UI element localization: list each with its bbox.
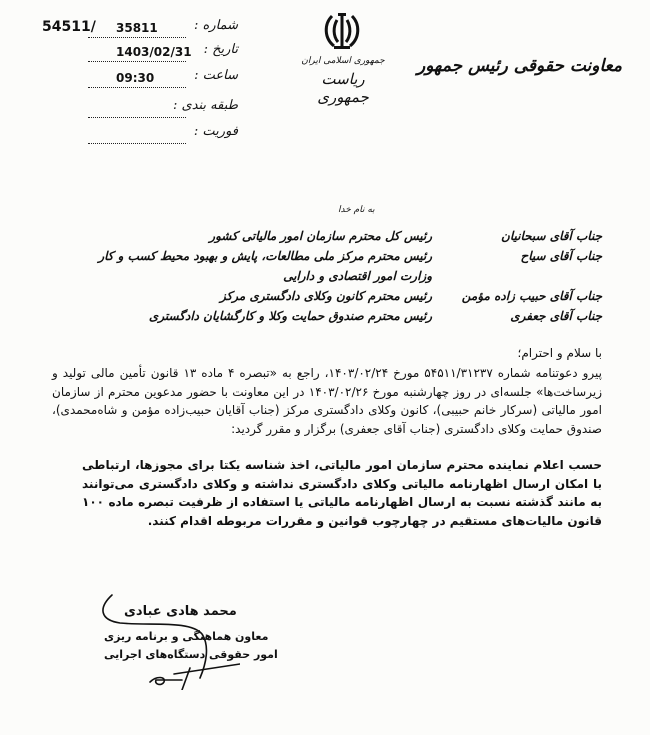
recipient-title: رئیس محترم کانون وکلای دادگستری مرکز — [220, 289, 472, 303]
meta-line — [88, 143, 186, 144]
organization-title: معاونت حقوقی رئیس جمهور — [417, 56, 622, 76]
meta-date: تاریخ : 1403/02/31 — [88, 42, 238, 64]
meta-label: تاریخ : — [204, 42, 238, 57]
meta-label: فوریت : — [194, 124, 238, 139]
recipient-row: وزارت امور اقتصادی و دارایی — [62, 266, 602, 286]
meta-label: شماره : — [194, 18, 238, 33]
recipient-name: جناب آقای جعفری — [472, 309, 602, 323]
meta-line — [88, 37, 186, 38]
recipient-title: رئیس کل محترم سازمان امور مالیاتی کشور — [209, 229, 472, 243]
recipient-name: جناب آقای حبیب زاده مؤمن — [472, 289, 602, 303]
recipient-row: جناب آقای جعفری رئیس محترم صندوق حمایت و… — [62, 306, 602, 326]
meta-value: 09:30 — [116, 71, 154, 85]
recipient-title: وزارت امور اقتصادی و دارایی — [283, 269, 472, 283]
meta-time: ساعت : 09:30 — [88, 68, 238, 90]
meta-value: 35811 — [116, 21, 158, 35]
meta-urgency: فوریت : — [88, 124, 238, 146]
greeting: با سلام و احترام؛ — [518, 346, 602, 360]
meta-number: شماره : 35811 — [88, 18, 238, 40]
recipients-list: جناب آقای سبحانیان رئیس کل محترم سازمان … — [62, 226, 602, 326]
meta-label: ساعت : — [194, 68, 238, 83]
recipient-row: جناب آقای حبیب زاده مؤمن رئیس محترم کانو… — [62, 286, 602, 306]
recipient-row: جناب آقای سیاح رئیس محترم مرکز ملی مطالع… — [62, 246, 602, 266]
recipient-title: رئیس محترم صندوق حمایت وکلا و کارگشایان … — [149, 309, 472, 323]
letter-page: 54511/ شماره : 35811 تاریخ : 1403/02/31 … — [0, 0, 650, 735]
meta-line — [88, 87, 186, 88]
emblem-caption-presidency: ریاست جمهوری — [296, 70, 390, 106]
meta-classification: طبقه بندی : — [88, 98, 238, 120]
meta-line — [88, 61, 186, 62]
recipient-row: جناب آقای سبحانیان رئیس کل محترم سازمان … — [62, 226, 602, 246]
meta-value: 1403/02/31 — [116, 45, 192, 59]
signer-title-line1: معاون هماهنگی و برنامه ریزی — [104, 630, 268, 643]
meta-label: طبقه بندی : — [173, 98, 238, 113]
signer-name: محمد هادی عبادی — [124, 604, 237, 619]
meta-line — [88, 117, 186, 118]
iran-emblem-icon — [322, 10, 362, 52]
body-paragraph-meeting: پیرو دعوتنامه شماره ۵۴۵۱۱/۳۱۲۳۷ مورخ ۱۴۰… — [52, 364, 602, 438]
recipient-title: رئیس محترم مرکز ملی مطالعات، پایش و بهبو… — [98, 249, 472, 263]
signer-title-line2: امور حقوقی دستگاه‌های اجرایی — [104, 648, 278, 661]
bismillah: به نام خدا — [338, 205, 375, 215]
recipient-name: جناب آقای سبحانیان — [472, 229, 602, 243]
body-paragraph-decision: حسب اعلام نماینده محترم سازمان امور مالی… — [82, 456, 602, 530]
emblem-caption-country: جمهوری اسلامی ایران — [300, 56, 386, 66]
recipient-name: جناب آقای سیاح — [472, 249, 602, 263]
